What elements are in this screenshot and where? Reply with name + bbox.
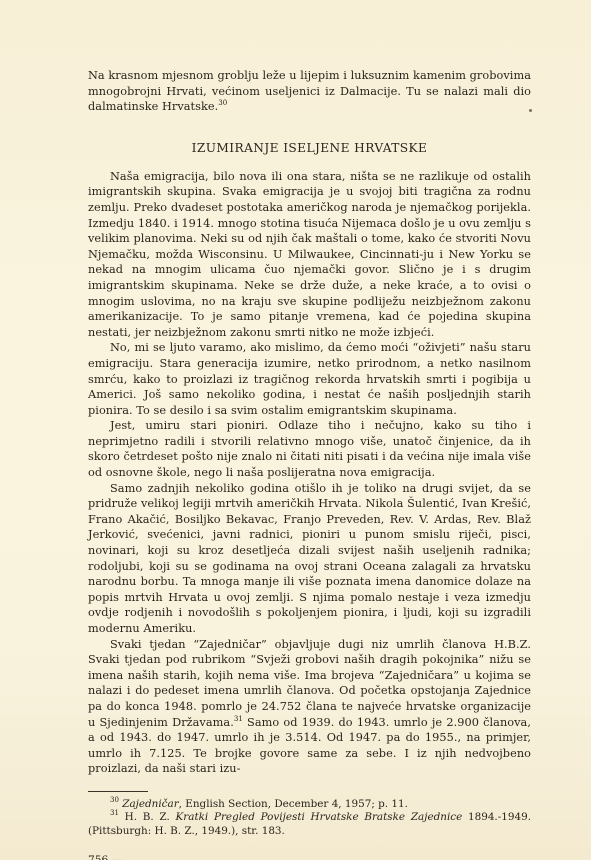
body-paragraph: No, mi se ljuto varamo, ako mislimo, da … [88, 340, 531, 418]
footnote-31: 31 H. B. Z. Kratki Pregled Povijesti Hrv… [88, 811, 531, 838]
footnote-number: 30 [110, 796, 119, 804]
footnote-divider [88, 791, 148, 792]
footnote-source-title: Zajedničar [122, 798, 178, 810]
footnote-prefix: H. B. Z. [119, 811, 176, 823]
footnote-text: , English Section, December 4, 1957; p. … [179, 798, 408, 810]
body-paragraph-last: Svaki tjedan “Zajedničar” objavljuje dug… [88, 637, 531, 777]
footnote-source-title: Kratki Pregled Povijesti Hrvatske Bratsk… [176, 811, 463, 823]
footnote-ref-30[interactable]: 30 [218, 99, 227, 107]
body-paragraph: Naša emigracija, bilo nova ili ona stara… [88, 169, 531, 341]
intro-paragraph: Na krasnom mjesnom groblju leže u lijepi… [88, 68, 531, 115]
footnote-30: 30 Zajedničar, English Section, December… [88, 798, 531, 811]
intro-text: Na krasnom mjesnom groblju leže u lijepi… [88, 69, 531, 113]
footnote-number: 31 [110, 809, 119, 817]
body-paragraph: Jest, umiru stari pioniri. Odlaze tiho i… [88, 418, 531, 480]
footnote-ref-31[interactable]: 31 [234, 715, 243, 723]
body-paragraph: Samo zadnjih nekoliko godina otišlo ih j… [88, 481, 531, 637]
section-heading: IZUMIRANJE ISELJENE HRVATSKE [88, 141, 531, 155]
book-page: Na krasnom mjesnom groblju leže u lijepi… [88, 68, 531, 860]
page-number: 756 — [88, 854, 531, 860]
